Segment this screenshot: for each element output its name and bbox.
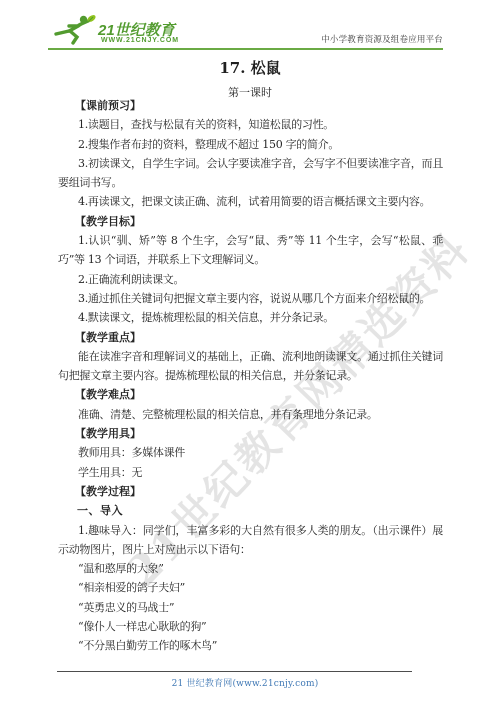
- paragraph: 3.通过抓住关键词句把握文章主要内容，说说从哪几个方面来介绍松鼠的。: [58, 289, 443, 308]
- paragraph: 2.正确流利朗读课文。: [58, 270, 443, 289]
- sub-heading: 一、导入: [58, 501, 443, 520]
- section-heading: 【教学用具】: [58, 424, 443, 443]
- paragraph: 1.认识“驯、矫”等 8 个生字，会写“鼠、秀”等 11 个生字，会写“松鼠、乖…: [58, 231, 443, 270]
- section-heading: 【课前预习】: [58, 96, 443, 115]
- paragraph: 3.初读课文，自学生字词。会认字要读准字音，会写字不但要读准字音，而且要组词书写…: [58, 154, 443, 193]
- paragraph: “温和憨厚的大象”: [58, 559, 443, 578]
- paragraph: 教师用具：多媒体课件: [58, 443, 443, 462]
- header-rule: [48, 48, 443, 50]
- paragraph: “相亲相爱的鸽子夫妇”: [58, 578, 443, 597]
- lesson-body: 【课前预习】1.读题目，查找与松鼠有关的资料，知道松鼠的习性。2.搜集作者布封的…: [58, 96, 443, 656]
- lesson-title: 17. 松鼠: [0, 57, 500, 78]
- paragraph: 4.再读课文，把课文读正确、流利，试着用简要的语言概括课文主要内容。: [58, 192, 443, 211]
- paragraph: 2.搜集作者布封的资料，整理成不超过 150 字的简介。: [58, 135, 443, 154]
- runner-with-leaf-icon: [48, 13, 98, 47]
- paragraph: 准确、清楚、完整梳理松鼠的相关信息，并有条理地分条记录。: [58, 405, 443, 424]
- paragraph: “像仆人一样忠心耿耿的狗”: [58, 617, 443, 636]
- paragraph: 4.默读课文，提炼梳理松鼠的相关信息，并分条记录。: [58, 308, 443, 327]
- paragraph: “不分黑白勤劳工作的啄木鸟”: [58, 636, 443, 655]
- header-tagline: 中小学教育资源及组卷应用平台: [321, 33, 443, 45]
- footer-rule: [57, 671, 412, 672]
- paragraph: 1.趣味导入：同学们，丰富多彩的大自然有很多人类的朋友。（出示课件）展示动物图片…: [58, 521, 443, 560]
- section-heading: 【教学难点】: [58, 385, 443, 404]
- footer-credit: 21 世纪教育网(www.21cnjy.com): [0, 676, 490, 689]
- section-heading: 【教学过程】: [58, 482, 443, 501]
- brand-url: www.21cnjy.com: [101, 37, 179, 44]
- document-page: 21世纪教育 www.21cnjy.com 中小学教育资源及组卷应用平台 21世…: [0, 0, 500, 707]
- section-heading: 【教学目标】: [58, 212, 443, 231]
- section-heading: 【教学重点】: [58, 328, 443, 347]
- paragraph: “英勇忠义的马战士”: [58, 598, 443, 617]
- brand-logo: 21世纪教育 www.21cnjy.com: [48, 12, 168, 48]
- paragraph: 能在读准字音和理解词义的基础上，正确、流利地朗读课文。通过抓住关键词句把握文章主…: [58, 347, 443, 386]
- paragraph: 1.读题目，查找与松鼠有关的资料，知道松鼠的习性。: [58, 115, 443, 134]
- paragraph: 学生用具：无: [58, 463, 443, 482]
